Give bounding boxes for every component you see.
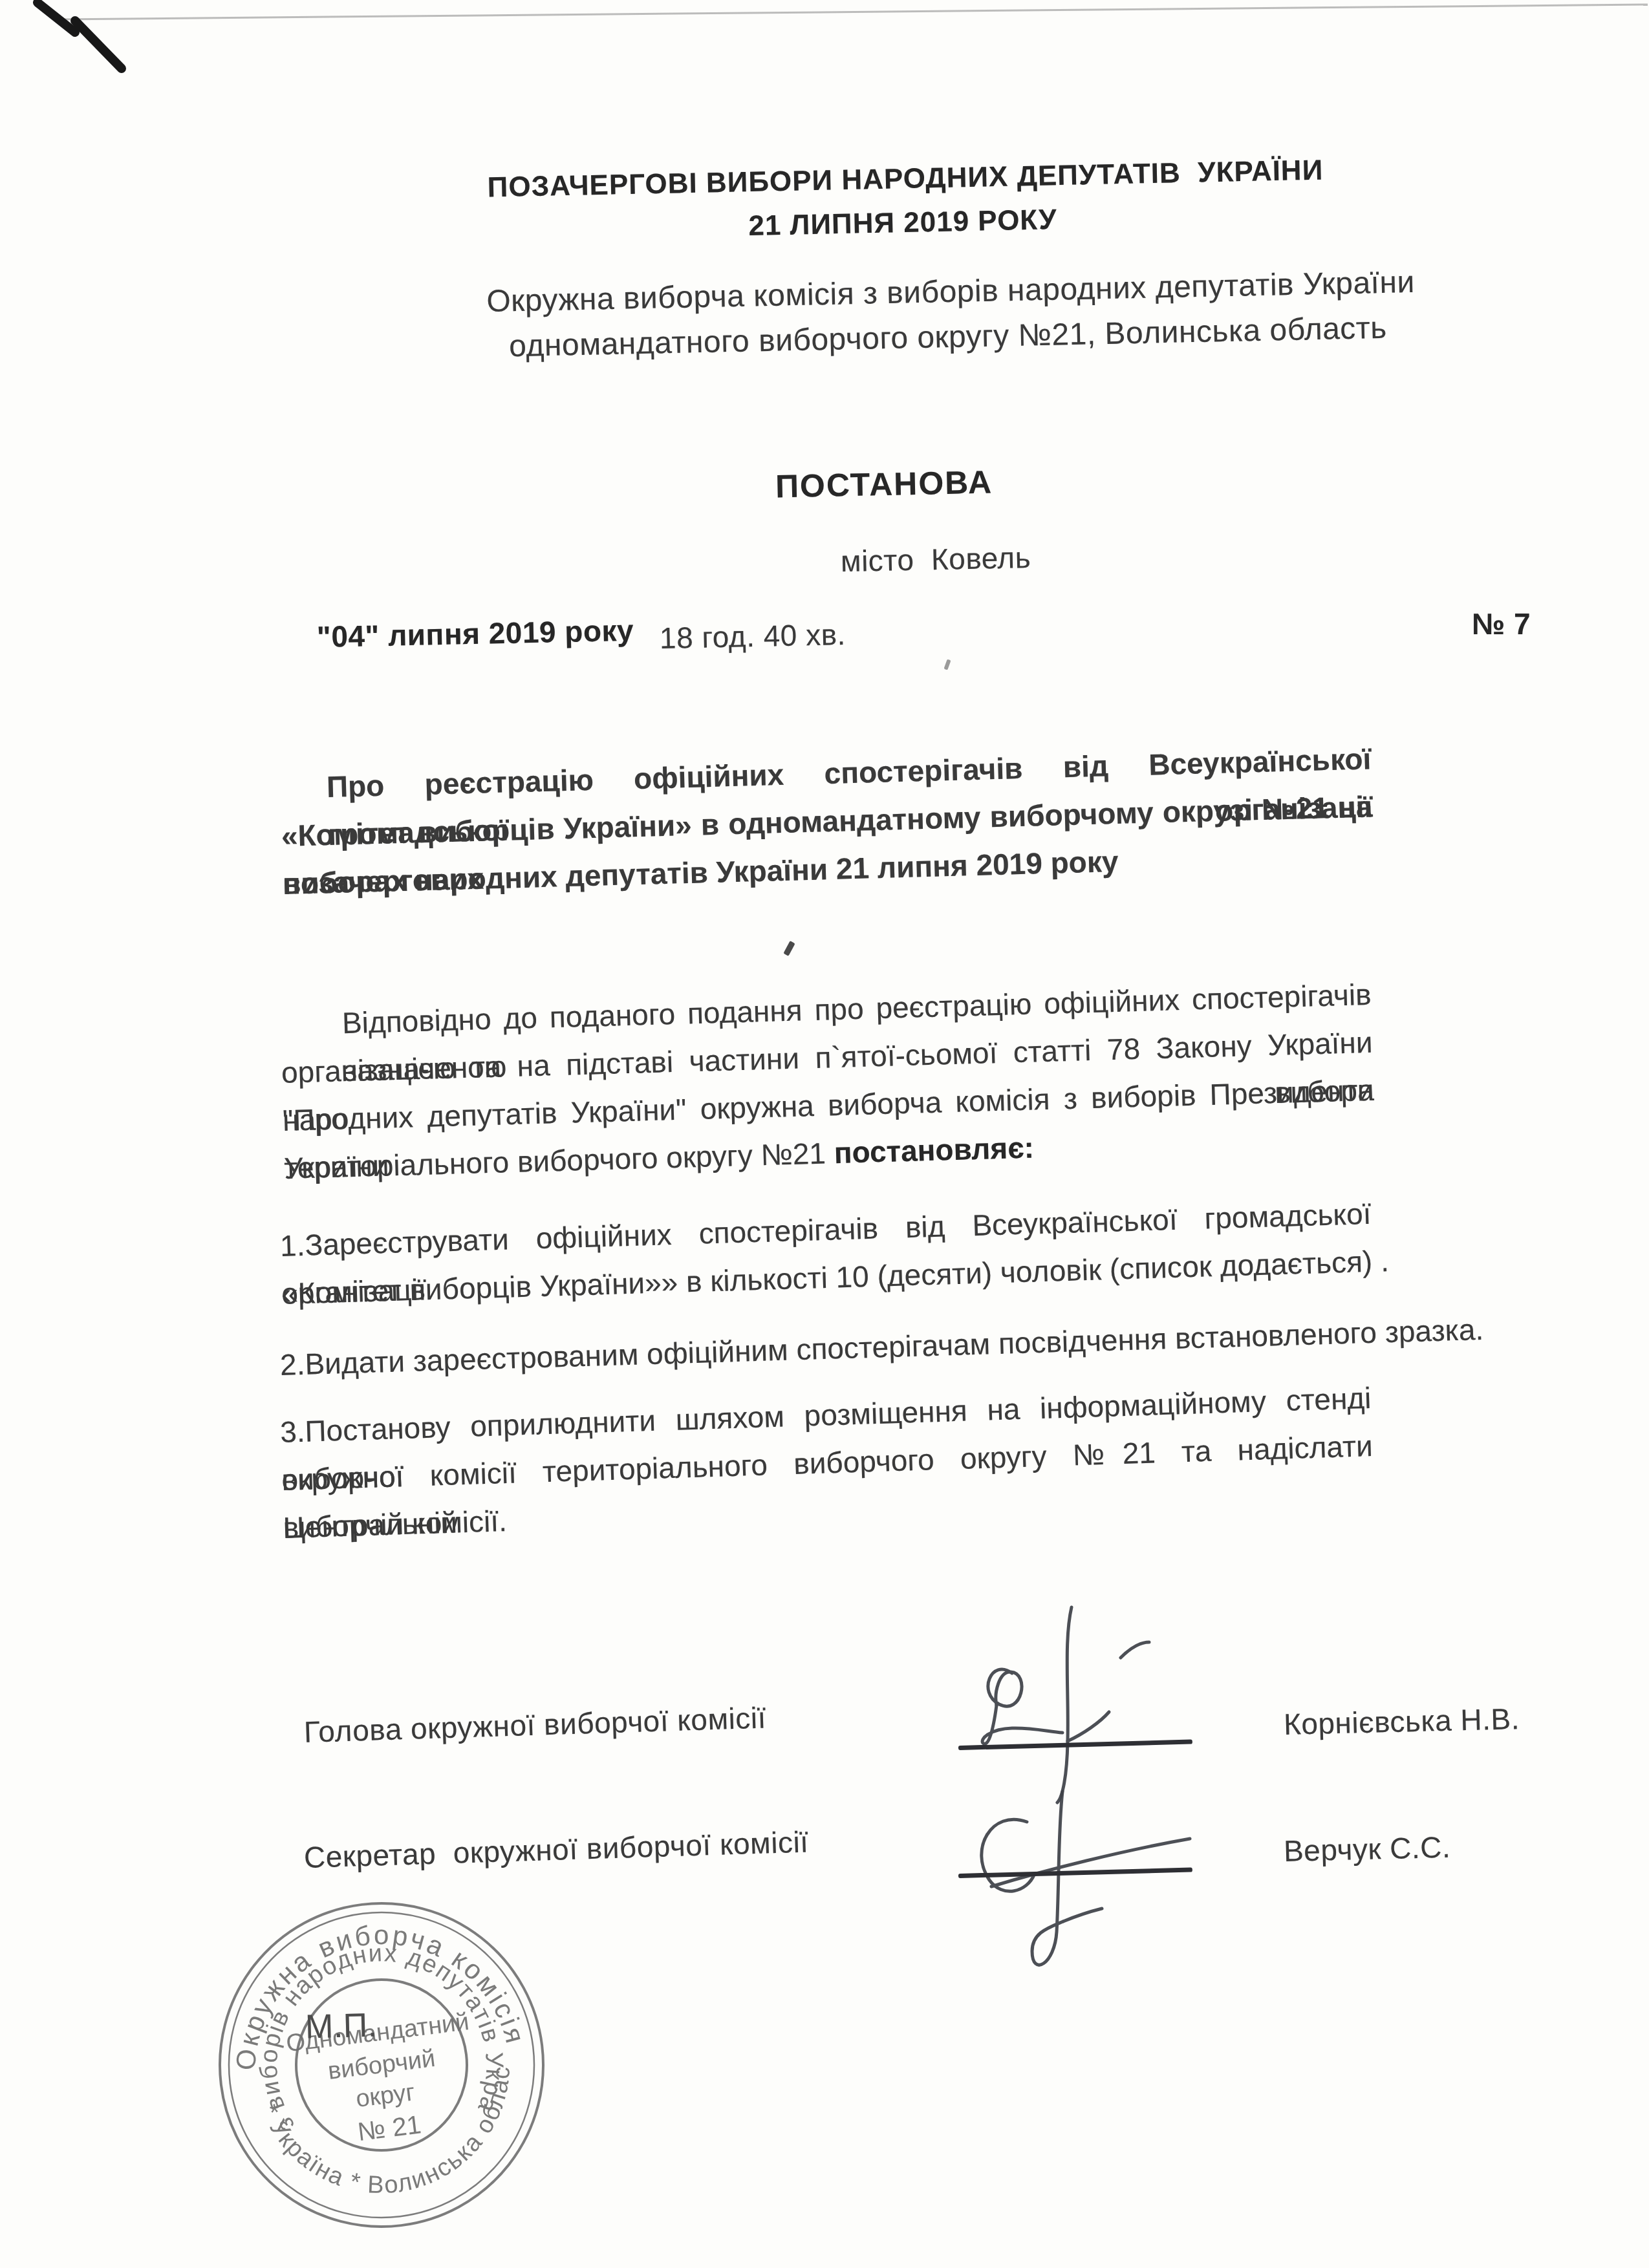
scan-edge-artifacts xyxy=(0,0,1649,91)
resolution-item-2: 2.Видати зареєстрованим офіційним спосте… xyxy=(279,1309,1372,1389)
commission-name-line2: одномандатного виборчого округу №21, Вол… xyxy=(509,310,1388,364)
subject-paragraph: Про реєстрацію офіційних спостерігачів в… xyxy=(279,734,1374,908)
commission-name-line1: Окружна виборча комісія з виборів народн… xyxy=(486,264,1415,319)
scan-speck xyxy=(783,941,795,956)
item-line: 2.Видати зареєстрованим офіційним спосте… xyxy=(279,1309,1372,1389)
signature-name-secretary: Верчук С.С. xyxy=(1283,1830,1450,1868)
corner-mark-icon xyxy=(38,3,75,32)
signature-role-head: Голова окружної виборчої комісії xyxy=(303,1700,766,1749)
doc-time: 18 год. 40 хв. xyxy=(659,617,846,656)
signature-name-head: Корнієвська Н.В. xyxy=(1283,1701,1520,1742)
stamp-center-line2: виборчий xyxy=(327,2045,437,2085)
signature-autograph-secretary-icon xyxy=(930,1782,1208,1995)
scan-edge-line xyxy=(57,5,1648,19)
resolution-item-3: 3.Постанову оприлюднити шляхом розміщенн… xyxy=(279,1374,1375,1552)
doc-type-heading: ПОСТАНОВА xyxy=(775,463,993,505)
preamble-line4-bold: постановляє: xyxy=(834,1131,1035,1170)
preamble-paragraph: Відповідно до поданого подання про реєст… xyxy=(279,970,1376,1192)
resolution-item-1: 1.Зареєструвати офіційних спостерігачів … xyxy=(279,1190,1374,1318)
doc-date: "04" липня 2019 року xyxy=(316,613,634,654)
document-body: ПОЗАЧЕРГОВІ ВИБОРИ НАРОДНИХ ДЕПУТАТІВ УК… xyxy=(0,0,1649,2268)
scanned-document-page: { "header": { "title_line1": "ПОЗАЧЕРГОВ… xyxy=(0,0,1649,2268)
corner-mark-icon xyxy=(75,21,122,69)
stamp-center-line3: округ xyxy=(354,2079,416,2113)
stamp-place-mark: М.П. xyxy=(305,2006,378,2047)
signature-role-secretary: Секретар окружної виборчої комісії xyxy=(303,1824,809,1874)
official-round-stamp-icon: Окружна виборча комісія з виборів народн… xyxy=(195,1879,567,2251)
scan-speck xyxy=(943,659,951,670)
preamble-line4-normal: територіального виборчого округу №21 xyxy=(284,1136,835,1185)
doc-number: № 7 xyxy=(1472,606,1531,641)
doc-title-line1: ПОЗАЧЕРГОВІ ВИБОРИ НАРОДНИХ ДЕПУТАТІВ УК… xyxy=(487,154,1323,204)
doc-title-line2: 21 ЛИПНЯ 2019 РОКУ xyxy=(748,204,1057,242)
stamp-center-line4: № 21 xyxy=(356,2110,422,2146)
doc-city: місто Ковель xyxy=(840,540,1031,579)
